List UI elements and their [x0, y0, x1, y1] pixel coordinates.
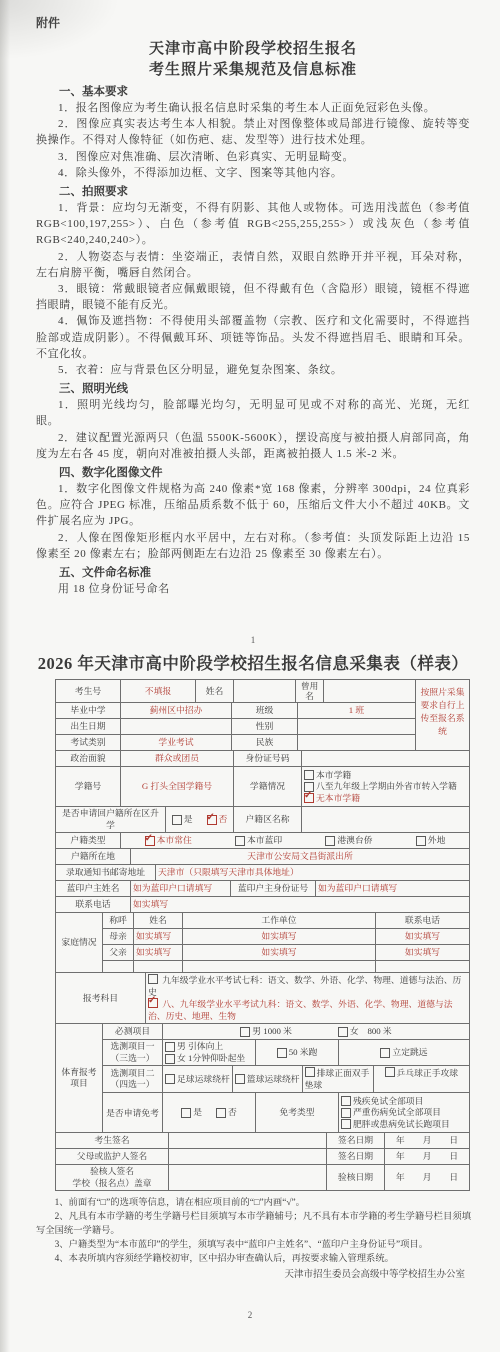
checkbox-option: 排球正面双手垫球: [305, 1067, 371, 1091]
checkbox-icon: [341, 1119, 351, 1129]
field-value: 群众或团员: [121, 751, 234, 767]
table-row: 蓝印户主姓名 如为蓝印户口请填写 蓝印户主身份证号 如为蓝印户口请填写: [56, 881, 470, 897]
note: 2、凡具有本市学籍的考生学籍号栏目须填写本市学籍辅号；凡不具有本市学籍的考生学籍…: [36, 1210, 471, 1238]
date-cell: 年月日: [385, 1165, 470, 1191]
field-label: 蓝印户主姓名: [56, 881, 131, 897]
column-header: 联系电话: [376, 913, 470, 929]
form-title: 2026 年天津市高中阶段学校招生报名信息采集表（样表）: [36, 650, 470, 674]
checkbox-icon: [304, 770, 314, 780]
table-row: 必测项目 男 1000 米 女 800 米: [103, 1024, 470, 1040]
sports-section-label: 体育报考项目: [56, 1024, 103, 1133]
field-label: 学籍情况: [234, 767, 302, 807]
field-label: 户籍区名称: [234, 807, 302, 833]
field-label: 免考类型: [256, 1093, 339, 1133]
checkbox-icon: [380, 1048, 390, 1058]
table-row: 户籍所在地 天津市公安局文昌街派出所: [56, 849, 470, 865]
column-header: 姓名: [134, 913, 183, 929]
blank-cell: [103, 961, 134, 973]
field-value: 不填报: [121, 680, 196, 703]
document-page: 附件 天津市高中阶段学校招生报名 考生照片采集规范及信息标准 一、基本要求 1．…: [0, 0, 500, 1352]
field-label: 验核日期: [327, 1165, 385, 1191]
table-row: 考试类别 学业考试 民族: [56, 735, 416, 751]
checkbox-icon: [145, 836, 155, 846]
checkbox-option: 立定跳远: [380, 1047, 427, 1059]
paragraph: 用 18 位身份证号命名: [36, 581, 470, 597]
field-label: 性别: [232, 719, 298, 735]
field-label: 签名日期: [327, 1149, 385, 1165]
field-value: 天津市（只限填写天津市具体地址）: [156, 865, 470, 881]
table-row: 父亲 如实填写 如实填写 如实填写: [103, 945, 470, 961]
checkbox-option: 篮球运球绕杆: [235, 1074, 300, 1086]
field-label: 选测项目一: [111, 1041, 155, 1053]
note: 3、户籍类型为“本市蓝印”的学生，须填写表中“蓝印户主姓名”、“蓝印户主身份证号…: [36, 1238, 471, 1252]
paragraph: 2．人物姿态与表情：坐姿端正，表情自然，双眼自然睁开并平视，耳朵对称，左右肩膀平…: [36, 249, 470, 281]
table-row: 父母或监护人签名 签名日期 年月日: [56, 1149, 470, 1165]
field-label: 学校（报名点）盖章: [72, 1178, 151, 1190]
blank-cell: [134, 961, 183, 973]
paragraph: 4．佩饰及遮挡物：不得使用头部覆盖物（宗教、医疗和文化需要时，不得遮挡脸部或造成…: [36, 313, 470, 362]
checkbox-option: 本市学籍: [304, 770, 351, 782]
field-label: 姓名: [196, 680, 234, 703]
field-value: 天津市公安局文昌街派出所: [131, 849, 470, 865]
field-label: 必测项目: [103, 1024, 163, 1040]
field-label: 验核人签名: [90, 1166, 134, 1178]
checkbox-icon: [304, 793, 314, 803]
checkbox-icon: [148, 998, 158, 1008]
paragraph: 4．除头像外，不得添加边框、文字、图案等其他内容。: [36, 165, 470, 181]
field-label: 班级: [232, 703, 298, 719]
checkbox-icon: [338, 1027, 348, 1037]
checkbox-option: 否: [216, 1107, 237, 1119]
doc-title: 天津市高中阶段学校招生报名 考生照片采集规范及信息标准: [36, 39, 470, 81]
checkbox-icon: [172, 815, 182, 825]
blank-cell: [376, 961, 470, 973]
checkbox-icon: [165, 1042, 175, 1052]
field-label: 政治面貌: [56, 751, 121, 767]
field-label: 报考科目: [56, 973, 146, 1024]
field-label: （四选一）: [111, 1079, 155, 1091]
field-label: 父母或监护人签名: [56, 1149, 169, 1165]
table-row: 母亲 如实填写 如实填写 如实填写: [103, 929, 470, 945]
field-label: 曾用名: [296, 680, 324, 703]
checkbox-option: 严重伤病免试全部项目: [341, 1107, 441, 1119]
checkbox-icon: [385, 1067, 395, 1077]
field-label: 学籍号: [56, 767, 121, 807]
checkbox-option: 足球运球绕杆: [165, 1074, 230, 1086]
checkbox-icon: [341, 1096, 351, 1106]
field-value: 如为蓝印户口请填写: [131, 881, 231, 897]
field-label: 考生签名: [56, 1133, 169, 1149]
field-value: 如实填写: [131, 897, 470, 913]
field-label: 身份证号码: [234, 751, 302, 767]
blank-cell: [302, 807, 470, 833]
table-section-sports: 体育报考项目 必测项目 男 1000 米 女 800 米 选测项目一 （三选一）: [56, 1024, 470, 1133]
checkbox-option: 男 1000 米: [240, 1026, 292, 1038]
note: 4、本表所填内容须经学籍校初审，区中招办审查确认后，再按要求输入管理系统。: [36, 1252, 471, 1266]
field-label: 出生日期: [56, 719, 121, 735]
field-label: 户籍类型: [56, 833, 121, 849]
field-label: 考试类别: [56, 735, 121, 751]
checkbox-option: 本市常住: [145, 835, 192, 847]
table-row: 报考科目 九年级学业水平考试七科：语文、数学、外语、化学、物理、道德与法治、历史…: [56, 973, 470, 1024]
table-row: 选测项目二 （四选一） 足球运球绕杆 篮球运球绕杆 排球正面双手垫球 乒乓球正手…: [103, 1066, 470, 1093]
paragraph: 1．照明光线均匀，脸部曝光均匀，无明显可见或不对称的高光、光斑，无红眼。: [36, 397, 470, 429]
table-row: 是否申请回户籍所在区升学 是 否 户籍区名称: [56, 807, 470, 833]
doc-title-line-1: 天津市高中阶段学校招生报名: [36, 39, 470, 60]
blank-cell: [183, 961, 376, 973]
checkbox-icon: [181, 1108, 191, 1118]
field-value: 如为蓝印户口请填写: [316, 881, 470, 897]
table-row: 户籍类型 本市常住 本市蓝印 港澳台侨 外地: [56, 833, 470, 849]
checkbox-option: 残疾免试全部项目: [341, 1096, 423, 1108]
checkbox-option: 女 800 米: [338, 1026, 392, 1038]
paragraph: 3．眼镜：常戴眼镜者应佩戴眼镜，但不得戴有色（含隐形）眼镜，镜框不得遮挡眼睛，眼…: [36, 281, 470, 313]
checkbox-option: 外地: [416, 835, 446, 847]
checkbox-option: 八、九年级学业水平考试九科：语文、数学、外语、化学、物理、道德与法治、历史、地理…: [148, 998, 467, 1022]
checkbox-icon: [277, 1048, 287, 1058]
blank-cell: [302, 751, 470, 767]
table-row: 联系电话 如实填写: [56, 897, 470, 913]
checkbox-icon: [207, 815, 217, 825]
table-row: 毕业中学 蓟州区中招办 班级 1 班: [56, 703, 416, 719]
blank-cell: [121, 719, 232, 735]
checkbox-option: 九年级学业水平考试七科：语文、数学、外语、化学、物理、道德与法治、历史: [148, 974, 467, 998]
checkbox-icon: [235, 836, 245, 846]
table-row: 录取通知书邮寄地址 天津市（只限填写天津市具体地址）: [56, 865, 470, 881]
table-row: 政治面貌 群众或团员 身份证号码: [56, 751, 470, 767]
blank-cell: [298, 719, 416, 735]
field-value: 如实填写: [134, 945, 183, 961]
field-value: 学业考试: [121, 735, 232, 751]
column-header: 工作单位: [183, 913, 376, 929]
column-header: 称呼: [103, 913, 134, 929]
doc-body: 一、基本要求 1．报名图像应为考生确认报名信息时采集的考生本人正面免冠彩色头像。…: [36, 84, 470, 597]
checkbox-option: 肥胖或患病免试长跑项目: [341, 1119, 450, 1131]
blank-cell: [234, 680, 296, 703]
section-heading: 一、基本要求: [36, 84, 470, 100]
field-label: （三选一）: [111, 1053, 155, 1065]
table-row: 称呼 姓名 工作单位 联系电话: [103, 913, 470, 929]
blank-cell: [169, 1149, 327, 1165]
field-label: 户籍所在地: [56, 849, 131, 865]
field-label: 签名日期: [327, 1133, 385, 1149]
table-row: [103, 961, 470, 973]
checkbox-option: 是: [172, 814, 193, 826]
checkbox-option: 是: [181, 1107, 202, 1119]
table-row: 是否申请免考 是 否 免考类型 残疾免试全部项目 严重伤病免试全部项目 肥胖或患…: [103, 1093, 470, 1133]
field-label: 蓝印户主身份证号: [231, 881, 316, 897]
table-row: 验核人签名 学校（报名点）盖章 验核日期 年月日: [56, 1165, 470, 1191]
field-value: 如实填写: [376, 929, 470, 945]
field-label: 父亲: [103, 945, 134, 961]
checkbox-icon: [240, 1027, 250, 1037]
date-cell: 年月日: [385, 1133, 470, 1149]
field-value: 如实填写: [183, 929, 376, 945]
table-row: 考生号 不填报 姓名 曾用名: [56, 680, 416, 703]
field-label: 是否申请回户籍所在区升学: [56, 807, 166, 833]
form-table: 考生号 不填报 姓名 曾用名 毕业中学 蓟州区中招办 班级 1 班 出生日期 性…: [55, 679, 470, 1191]
field-label: 毕业中学: [56, 703, 121, 719]
field-value: 如实填写: [376, 945, 470, 961]
table-section-family: 家庭情况 称呼 姓名 工作单位 联系电话 母亲 如实填写 如实填写 如实填写 父…: [56, 913, 470, 973]
checkbox-icon: [148, 974, 158, 984]
checkbox-option: 港澳台侨: [325, 835, 372, 847]
date-cell: 年月日: [385, 1149, 470, 1165]
field-label: 考生号: [56, 680, 121, 703]
paragraph: 5．衣着：应与背景色区分明显，避免复杂图案、条纹。: [36, 362, 470, 378]
section-heading: 五、文件命名标准: [36, 565, 470, 581]
table-row: 学籍号 G 打头全国学籍号 学籍情况 本市学籍 八至九年级上学期由外省市转入学籍…: [56, 767, 470, 807]
section-heading: 二、拍照要求: [36, 184, 470, 200]
field-value: 1 班: [298, 703, 416, 719]
section-heading: 三、照明光线: [36, 381, 470, 397]
paragraph: 1．报名图像应为考生确认报名信息时采集的考生本人正面免冠彩色头像。: [36, 100, 470, 116]
field-value: 如实填写: [183, 945, 376, 961]
field-label: 母亲: [103, 929, 134, 945]
checkbox-icon: [325, 836, 335, 846]
field-value: G 打头全国学籍号: [121, 767, 234, 807]
field-label: 录取通知书邮寄地址: [56, 865, 156, 881]
paragraph: 2．人像在图像矩形框内水平居中，左右对称。（参考值：头顶发际距上边沿 15 像素…: [36, 530, 470, 562]
field-label: 民族: [232, 735, 298, 751]
field-value: 如实填写: [134, 929, 183, 945]
note: 1、前面有“□”的选项等信息，请在相应项目前的“□”内画“√”。: [36, 1196, 471, 1210]
paragraph: 2．建议配置光源两只（色温 5500K-5600K），摆设高度与被拍摄人肩部同高…: [36, 430, 470, 462]
checkbox-icon: [216, 1108, 226, 1118]
table-row: 选测项目一 （三选一） 男 引体向上 女 1分钟仰卧起坐 50 米跑 立定跳远: [103, 1040, 470, 1066]
paragraph: 3．图像应对焦准确、层次清晰、色彩真实、无明显畸变。: [36, 149, 470, 165]
page-number-2: 2: [0, 1310, 500, 1320]
field-label: 是否申请免考: [103, 1093, 163, 1133]
checkbox-icon: [416, 836, 426, 846]
photo-upload-note: 按照片采集要求自行上传至报名系统: [416, 680, 470, 751]
table-row: 出生日期 性别: [56, 719, 416, 735]
checkbox-option: 八至九年级上学期由外省市转入学籍: [304, 781, 457, 793]
checkbox-icon: [165, 1054, 175, 1064]
checkbox-option: 本市蓝印: [235, 835, 282, 847]
checkbox-option: 无本市学籍: [304, 793, 360, 805]
paragraph: 1．数字化图像文件规格为高 240 像素*宽 168 像素，分辨率 300dpi…: [36, 481, 470, 530]
family-section-label: 家庭情况: [56, 913, 103, 973]
section-heading: 四、数字化图像文件: [36, 465, 470, 481]
blank-cell: [169, 1133, 327, 1149]
table-row: 考生签名 签名日期 年月日: [56, 1133, 470, 1149]
checkbox-option: 男 引体向上: [165, 1041, 223, 1053]
form-notes: 1、前面有“□”的选项等信息，请在相应项目前的“□”内画“√”。 2、凡具有本市…: [36, 1196, 471, 1282]
issuing-office: 天津市招生委员会高级中等学校招生办公室: [36, 1268, 471, 1282]
doc-title-line-2: 考生照片采集规范及信息标准: [36, 60, 470, 81]
paragraph: 2．图像应真实表达考生本人相貌。禁止对图像整体或局部进行镜像、旋转等变换操作。不…: [36, 116, 470, 148]
attachment-label: 附件: [36, 14, 470, 31]
page-number-1: 1: [36, 635, 470, 645]
table-section-identity: 考生号 不填报 姓名 曾用名 毕业中学 蓟州区中招办 班级 1 班 出生日期 性…: [56, 680, 470, 751]
checkbox-icon: [235, 1074, 245, 1084]
checkbox-option: 否: [207, 814, 228, 826]
field-value: 蓟州区中招办: [121, 703, 232, 719]
checkbox-icon: [341, 1108, 351, 1118]
checkbox-option: 乒乓球正手攻球: [385, 1067, 459, 1080]
checkbox-icon: [165, 1074, 175, 1084]
field-label: 选测项目二: [111, 1068, 155, 1080]
checkbox-option: 50 米跑: [277, 1047, 318, 1059]
blank-cell: [298, 735, 416, 751]
blank-cell: [324, 680, 416, 703]
checkbox-option: 女 1分钟仰卧起坐: [165, 1053, 245, 1065]
paragraph: 1．背景：应均匀无渐变，不得有阴影、其他人或物体。可选用浅蓝色（参考值 RGB<…: [36, 200, 470, 249]
checkbox-icon: [305, 1067, 315, 1077]
blank-cell: [169, 1165, 327, 1191]
field-label: 联系电话: [56, 897, 131, 913]
